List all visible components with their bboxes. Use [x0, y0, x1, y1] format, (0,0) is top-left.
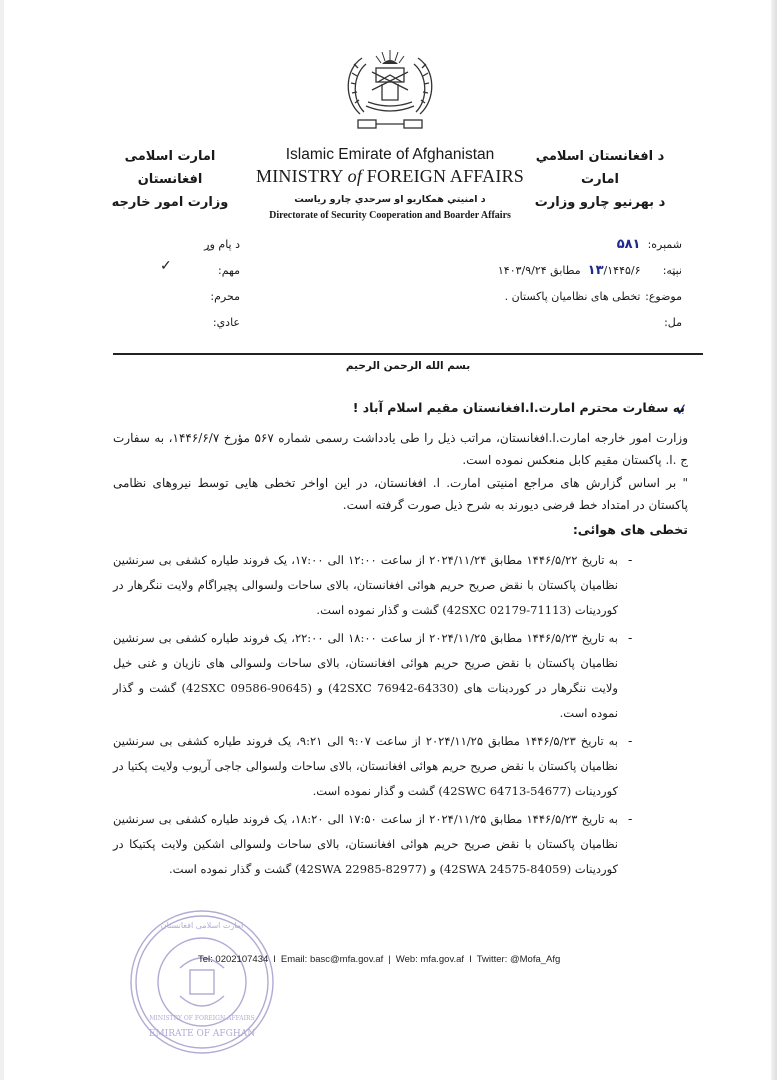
date-hijri: /۱۴۴۵/۶	[604, 264, 641, 277]
priority-confidential: محرم:	[150, 284, 240, 310]
contact-footer: Tel: 0202107434IEmail: basc@mfa.gov.af|W…	[198, 954, 718, 965]
date-row: نېټه: ۱۳/۱۴۴۵/۶ مطابق ۱۴۰۳/۹/۲۴	[420, 258, 682, 284]
header-left-arabic: امارت اسلامی افغانستان وزارت امور خارجه	[95, 145, 245, 214]
priority-title: د پام وړ	[150, 232, 240, 258]
directorate-pashto: د امنيتي همكاريو او سرحدي چارو رياست	[250, 194, 530, 205]
number-label: شمېره:	[644, 232, 682, 258]
section-title: تخطی های هوائی:	[113, 519, 688, 541]
header-right-line2: د بهرنيو چارو وزارت	[525, 191, 675, 214]
bismillah: بسم الله الرحمن الرحيم	[113, 360, 703, 372]
attachment-row: مل:	[420, 310, 682, 336]
attachment-label: مل:	[644, 310, 682, 336]
header-center-english: Islamic Emirate of Afghanistan MINISTRY …	[250, 145, 530, 187]
footer-tel: Tel: 0202107434	[198, 954, 268, 965]
date-hand-day: ۱۳	[588, 263, 604, 278]
svg-text:امارت اسلامی افغانستان: امارت اسلامی افغانستان	[161, 921, 244, 930]
date-label: نېټه:	[644, 258, 682, 284]
header-left-line2: وزارت امور خارجه	[95, 191, 245, 214]
divider	[113, 353, 703, 355]
footer-email[interactable]: Email: basc@mfa.gov.af	[281, 954, 383, 965]
addressee: به سفارت محترم امارت.ا.افغانستان مقیم اس…	[200, 400, 685, 415]
page-edge	[771, 0, 777, 1080]
header-right-pashto: د افغانستان اسلامي امارت د بهرنيو چارو و…	[525, 145, 675, 214]
bullet-dash: -	[628, 812, 632, 827]
checkmark-icon: ✓	[160, 258, 172, 274]
header-right-line1: د افغانستان اسلامي امارت	[525, 145, 675, 191]
footer-web[interactable]: Web: mfa.gov.af	[396, 954, 464, 965]
bullet-dash: -	[628, 734, 632, 749]
header-ministry-name: MINISTRY of FOREIGN AFFAIRS	[250, 165, 530, 187]
svg-text:MINISTRY OF FOREIGN AFFAIRS: MINISTRY OF FOREIGN AFFAIRS	[149, 1015, 254, 1022]
bullet-dash: -	[628, 553, 632, 568]
directorate-english: Directorate of Security Cooperation and …	[250, 210, 530, 221]
report-paragraph: " بر اساس گزارش های مراجع امنیتی امارت. …	[113, 472, 688, 516]
incident-item: به تاریخ ۱۴۴۶/۵/۲۳ مطابق ۲۰۲۴/۱۱/۲۵ از س…	[113, 807, 618, 882]
number-value: ۵۸۱	[617, 237, 641, 252]
priority-block: د پام وړ مهم: محرم: عادي:	[150, 232, 240, 336]
date-solar: ۱۴۰۳/۹/۲۴	[498, 264, 547, 277]
subject-label: موضوع:	[644, 284, 682, 310]
incident-item: به تاریخ ۱۴۴۶/۵/۲۳ مطابق ۲۰۲۴/۱۱/۲۵ از س…	[113, 729, 618, 804]
header-left-line1: امارت اسلامی افغانستان	[95, 145, 245, 191]
footer-twitter[interactable]: Twitter: @Mofa_Afg	[477, 954, 561, 965]
subject-value: تخطی های نظامیان پاکستان .	[505, 290, 641, 303]
priority-normal: عادي:	[150, 310, 240, 336]
letter-meta: شمېره: ۵۸۱ نېټه: ۱۳/۱۴۴۵/۶ مطابق ۱۴۰۳/۹/…	[420, 232, 682, 336]
incident-item: به تاریخ ۱۴۴۶/۵/۲۳ مطابق ۲۰۲۴/۱۱/۲۵ از س…	[113, 626, 618, 726]
official-stamp-icon: EMIRATE OF AFGHAN MINISTRY OF FOREIGN AF…	[128, 908, 276, 1056]
subject-row: موضوع: تخطی های نظامیان پاکستان .	[420, 284, 682, 310]
bullet-dash: -	[628, 631, 632, 646]
emblem-icon	[338, 42, 442, 138]
date-separator: مطابق	[550, 264, 581, 277]
svg-text:EMIRATE OF AFGHAN: EMIRATE OF AFGHAN	[149, 1029, 255, 1039]
incident-item: به تاریخ ۱۴۴۶/۵/۲۲ مطابق ۲۰۲۴/۱۱/۲۴ از س…	[113, 548, 618, 623]
number-row: شمېره: ۵۸۱	[420, 232, 682, 258]
page-edge	[0, 0, 4, 1080]
header-emirate-name: Islamic Emirate of Afghanistan	[250, 145, 530, 165]
intro-paragraph: وزارت امور خارجه امارت.ا.افغانستان، مرات…	[113, 427, 688, 471]
